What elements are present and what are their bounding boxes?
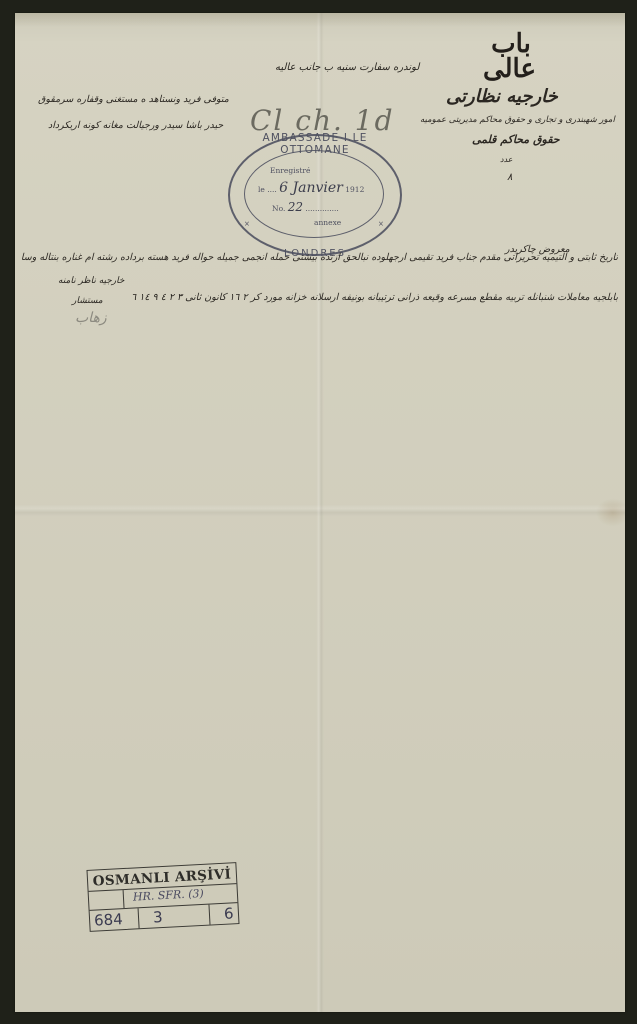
stamp-date-prefix: le bbox=[258, 185, 265, 194]
stamp-year: 1912 bbox=[345, 185, 364, 194]
archive-dossier: 684 bbox=[90, 908, 140, 931]
ministry-subtitle: امور شهبندری و تجاری و حقوق محاکم مدیریت… bbox=[420, 115, 615, 125]
number-label: عدد bbox=[500, 155, 513, 164]
stamp-date-handwritten: 6 Janvier bbox=[279, 180, 343, 196]
body-line-1: تاریخ ثابتی و التیمیه تحریراتی مقدم جناب… bbox=[22, 252, 618, 263]
signature-line-1: خارجیه ناظر نامنه bbox=[58, 276, 124, 286]
paper-top-edge bbox=[15, 13, 625, 27]
embassy-stamp: AMBASSADE I.LE OTTOMANE Enregistré le ..… bbox=[228, 134, 402, 256]
archive-document-no: 6 bbox=[209, 903, 238, 924]
stamp-number-row: No. 22 .............. bbox=[272, 200, 339, 214]
stamp-star-right-icon: × bbox=[378, 220, 384, 228]
archive-stamp: OSMANLI ARŞİVİ HR. SFR. (3) 684 3 6 bbox=[86, 862, 239, 932]
pencil-initials: زهاب bbox=[75, 310, 107, 326]
subject-line-1: متوفی فرید ونستاهد ه مستغنی وقفاره سرمقو… bbox=[38, 94, 229, 105]
subject-line-2: حیدر باشا سیدر ورجیالت مغانه کونه اریکرد… bbox=[48, 120, 223, 131]
stamp-top-text: AMBASSADE I.LE OTTOMANE bbox=[230, 132, 400, 156]
stamp-star-left-icon: × bbox=[244, 220, 250, 228]
stamp-date-row: le .... 6 Janvier 1912 bbox=[258, 180, 364, 196]
archive-fond-blank-cell bbox=[89, 890, 125, 910]
stamp-annex-label: annexe bbox=[314, 218, 341, 227]
addressee: لوندره سفارت سنیه ب جانب عالیه bbox=[275, 62, 419, 73]
signature-line-2: مستشار bbox=[72, 296, 103, 306]
ministry-department: حقوق محاکم قلمی bbox=[472, 133, 560, 146]
stamp-registered-label: Enregistré bbox=[270, 166, 310, 175]
ministry-title: خارجیه نظارتی bbox=[446, 86, 558, 107]
document-number: ٨ bbox=[507, 172, 512, 183]
body-line-3: بابلجیه معاملات شنبانله تربیه مقطع مسرعه… bbox=[22, 292, 618, 303]
stamp-number-handwritten: 22 bbox=[288, 200, 303, 214]
tughra-emblem: باب عالی bbox=[486, 32, 536, 82]
archive-fond-code: HR. SFR. (3) bbox=[133, 887, 204, 904]
stamp-number-label: No. bbox=[272, 204, 285, 213]
archive-shirt: 3 bbox=[139, 905, 211, 929]
